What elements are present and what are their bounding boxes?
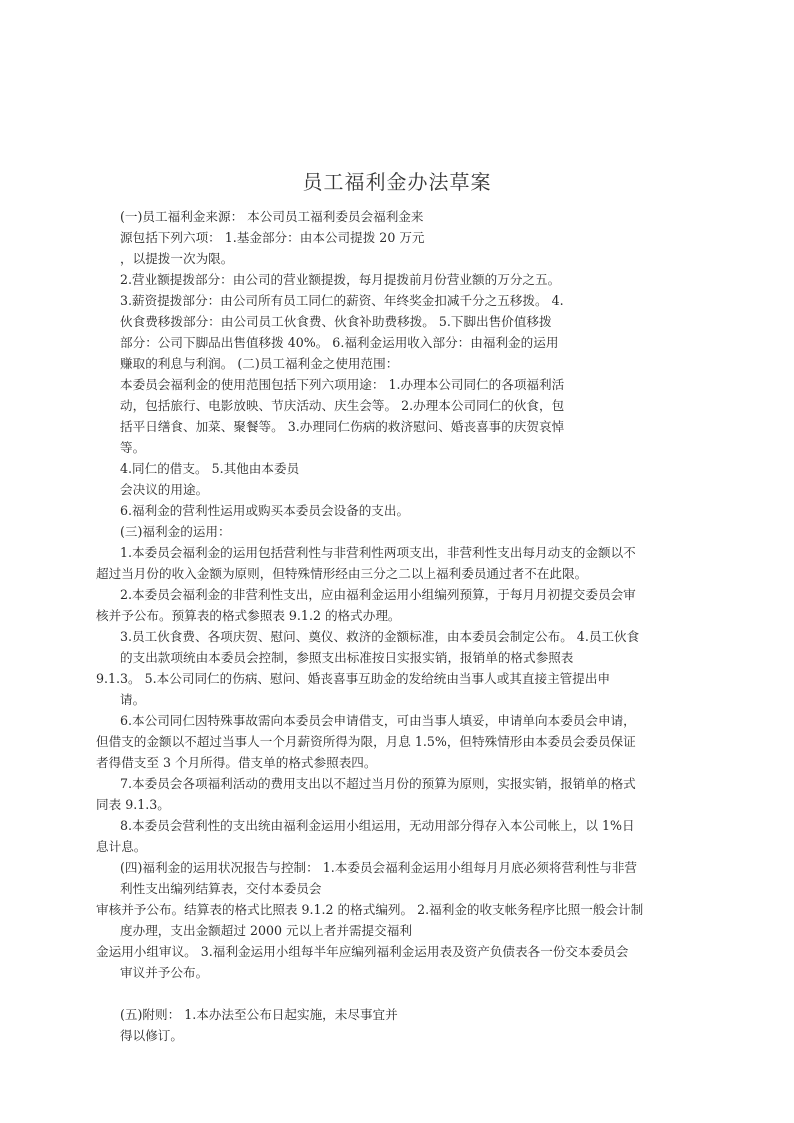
text-line: 利性支出编列结算表，交付本委员会: [120, 881, 322, 897]
text-line: 6.本公司同仁因特殊事故需向本委员会申请借支，可由当事人填妥，申请单向本委员会申…: [120, 713, 636, 729]
text-line: 审核并予公布。结算表的格式比照表 9.1.2 的格式编列。 2.福利金的收支帐务…: [96, 902, 643, 918]
text-line: 者得借支至 3 个月所得。借支单的格式参照表四。: [96, 755, 377, 771]
text-line: 赚取的利息与利润。 (二)员工福利金之使用范围：: [120, 356, 398, 372]
text-line: 金运用小组审议。 3.福利金运用小组每半年应编列福利金运用表及资产负债表各一份交…: [96, 944, 628, 960]
text-line: 部分：公司下脚品出售值移拨 40%。 6.福利金运用收入部分：由福利金的运用: [120, 335, 558, 351]
text-line: 伙食费移拨部分：由公司员工伙食费、伙食补助费移拨。 5.下脚出售价值移拨: [120, 314, 552, 330]
text-line: 请。: [120, 692, 145, 708]
text-line: 9.1.3。 5.本公司同仁的伤病、慰问、婚丧喜事互助金的发给统由当事人或其直接…: [96, 671, 610, 687]
text-line: 3.薪资提拨部分：由公司所有员工同仁的薪资、年终奖金扣减千分之五移拨。 4.: [120, 293, 564, 309]
text-line: 的支出款项统由本委员会控制，参照支出标准按日实报实销，报销单的格式参照表: [120, 650, 573, 666]
text-line: ，以提拨一次为限。: [120, 251, 233, 267]
text-line: (五)附则： 1.本办法至公布日起实施，未尽事宜并: [120, 1007, 398, 1023]
document-title: 员工福利金办法草案: [0, 166, 794, 195]
text-line: 源包括下列六项： 1.基金部分：由本公司提拨 20 万元: [120, 230, 425, 246]
text-line: (一)员工福利金来源： 本公司员工福利委员会福利金来: [120, 209, 424, 225]
text-line: 8.本委员会营利性的支出统由福利金运用小组运用，无动用部分得存入本公司帐上，以 …: [120, 818, 635, 834]
text-line: 括平日缮食、加菜、聚餐等。 3.办理同仁伤病的救济慰问、婚丧喜事的庆贺哀悼: [120, 419, 564, 435]
text-line: 7.本委员会各项福利活动的费用支出以不超过当月份的预算为原则，实报实销，报销单的…: [120, 776, 636, 792]
text-line: 等。: [120, 440, 145, 456]
text-line: (四)福利金的运用状况报告与控制： 1.本委员会福利金运用小组每月月底必须将营利…: [120, 860, 637, 876]
text-line: 动，包括旅行、电影放映、节庆活动、庆生会等。 2.办理本公司同仁的伙食，包: [120, 398, 564, 414]
text-line: 6.福利金的营利性运用或购买本委员会设备的支出。: [120, 503, 409, 519]
text-line: 得以修订。: [120, 1028, 183, 1044]
text-line: 1.本委员会福利金的运用包括营利性与非营利性两项支出，非营利性支出每月动支的金额…: [120, 545, 636, 561]
text-line: 会决议的用途。: [120, 482, 208, 498]
text-line: 2.本委员会福利金的非营利性支出，应由福利金运用小组编列预算，于每月月初提交委员…: [120, 587, 636, 603]
text-line: 度办理，支出金额超过 2000 元以上者并需提交福利: [120, 923, 412, 939]
text-line: 但借支的金额以不超过当事人一个月薪资所得为限，月息 1.5%，但特殊情形由本委员…: [96, 734, 636, 750]
text-line: 息计息。: [96, 839, 146, 855]
text-line: 4.同仁的借支。 5.其他由本委员: [120, 461, 299, 477]
text-line: 审议并予公布。: [120, 965, 208, 981]
text-line: 超过当月份的收入金额为原则，但特殊情形经由三分之二以上福利委员通过者不在此限。: [96, 566, 587, 582]
text-line: 3.员工伙食费、各项庆贺、慰问、奠仪、救济的金额标准，由本委员会制定公布。 4.…: [120, 629, 639, 645]
text-line: 核并予公布。预算表的格式参照表 9.1.2 的格式办理。: [96, 608, 401, 624]
text-line: (三)福利金的运用：: [120, 524, 231, 540]
text-line: 本委员会福利金的使用范围包括下列六项用途： 1.办理本公司同仁的各项福利活: [120, 377, 564, 393]
text-line: 2.营业额提拨部分：由公司的营业额提拨，每月提拨前月份营业额的万分之五。: [120, 272, 560, 288]
text-line: 同表 9.1.3。: [96, 797, 170, 813]
